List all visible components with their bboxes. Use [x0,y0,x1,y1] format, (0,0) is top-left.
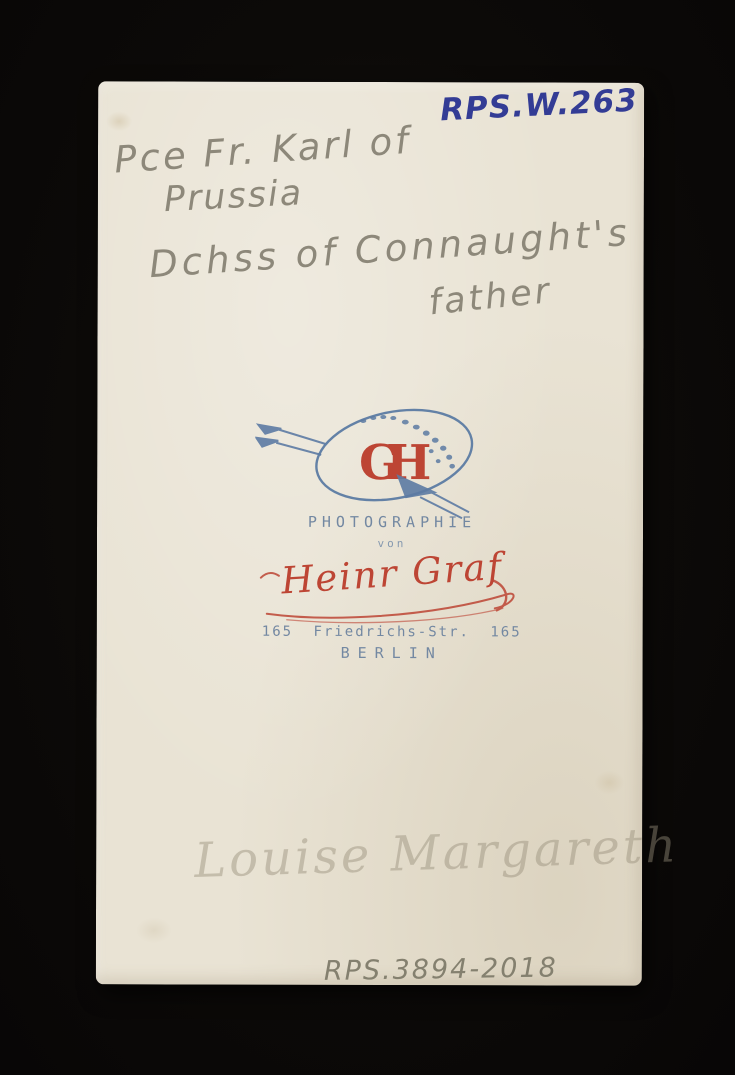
pencil-inscription-line4: father [427,274,554,321]
signature-flourish-icon [257,550,537,631]
accession-number-top: RPS.W.263 [440,86,639,127]
photographer-monogram: GH [359,435,430,491]
brush-tips-icon [256,425,325,455]
age-stain [594,771,624,795]
accession-number-bottom: RPS.3894-2018 [324,954,558,984]
photographer-signature: Heinr Graf [257,550,537,631]
stamp-photographie-text: PHOTOGRAPHIE [212,513,572,532]
age-stain [136,917,172,943]
faint-pencil-name: Louise Margareth [193,817,680,889]
stamp-address-text: 165 Friedrichs-Str. 165 [212,624,572,641]
photo-background: RPS.W.263 Pce Fr. Karl of Prussia Dchss … [0,0,735,1075]
stamp-city-text: BERLIN [212,644,572,663]
stamp-von-text: von [212,537,572,551]
pencil-inscription-line2: Prussia [163,176,304,218]
carte-de-visite-verso: RPS.W.263 Pce Fr. Karl of Prussia Dchss … [96,81,644,985]
brush-handle-icon [398,476,469,518]
pencil-inscription-line1: Pce Fr. Karl of [113,122,412,179]
pencil-inscription-line3: Dchss of Connaught's [148,214,632,283]
painters-palette-icon: GH [255,405,475,526]
age-stain [106,111,132,131]
